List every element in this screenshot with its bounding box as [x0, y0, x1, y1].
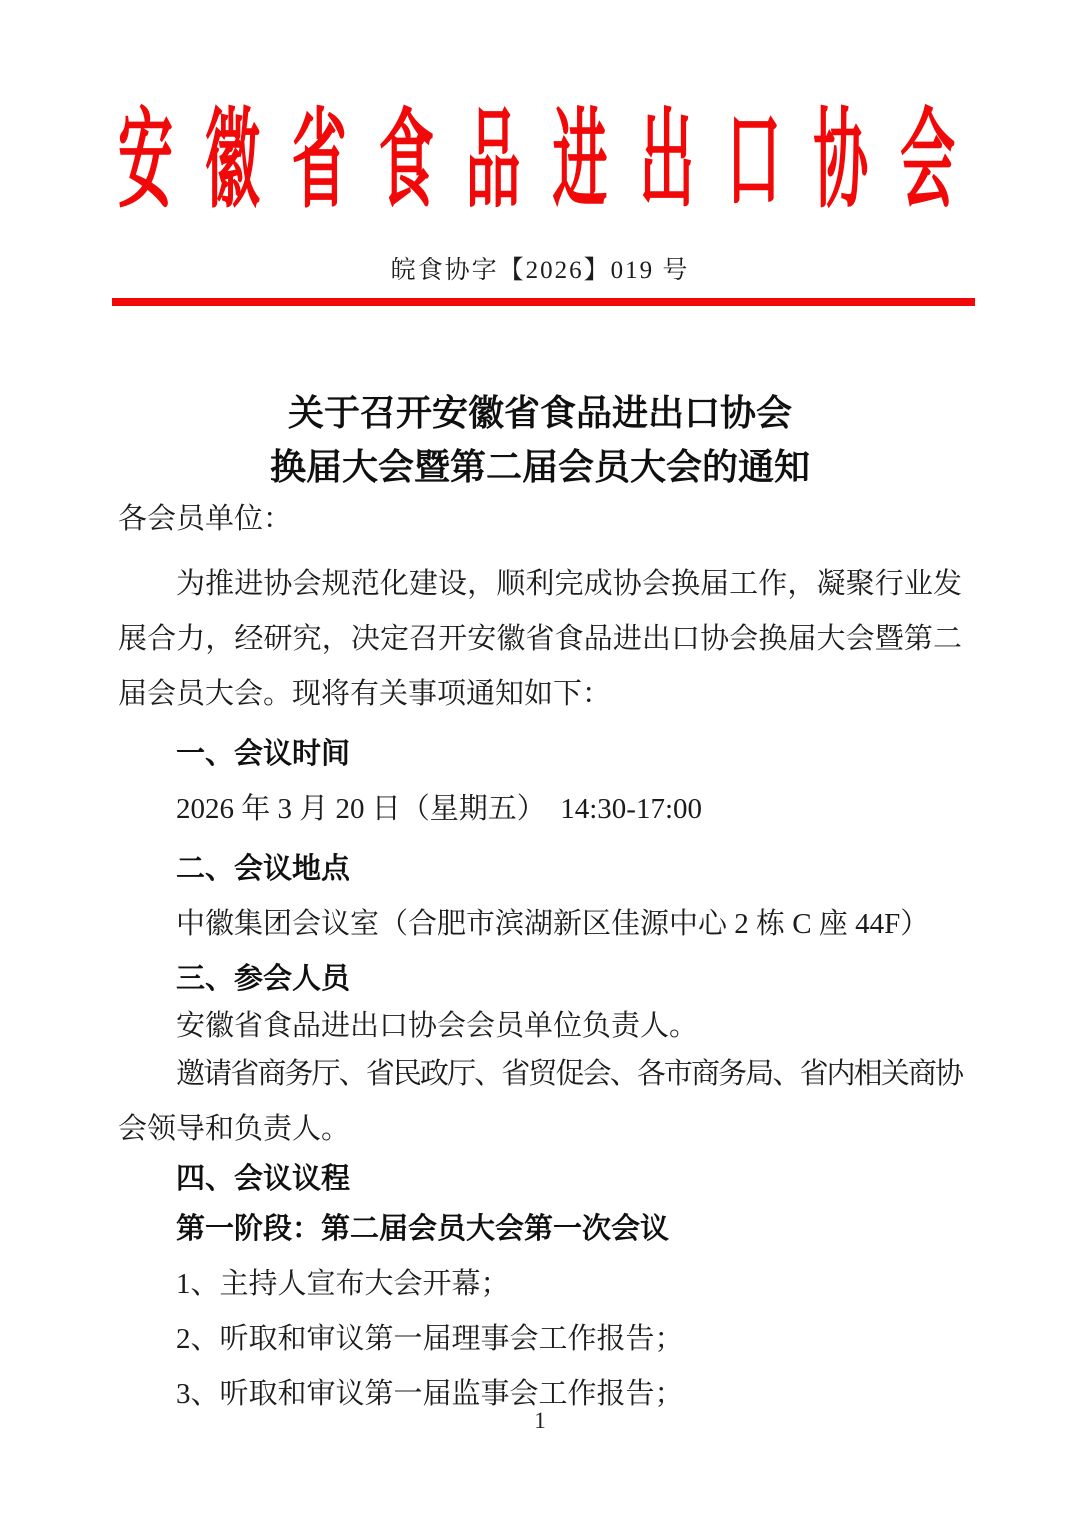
intro-line-1: 为推进协会规范化建设，顺利完成协会换届工作，凝聚行业发	[118, 557, 962, 612]
section-4-heading: 四、会议议程	[118, 1152, 962, 1207]
intro-line-3: 届会员大会。现将有关事项通知如下：	[118, 667, 962, 722]
section-1-heading: 一、会议时间	[118, 727, 962, 782]
attendees-line: 安徽省食品进出口协会会员单位负责人。	[118, 999, 962, 1054]
invitees-line-1: 邀请省商务厅、省民政厅、省贸促会、各市商务局、省内相关商协	[118, 1047, 962, 1102]
meeting-time: 2026 年 3 月 20 日（星期五） 14:30-17:00	[118, 782, 962, 837]
red-divider-line	[112, 298, 975, 306]
document-number: 皖食协字【2026】019 号	[0, 250, 1080, 286]
salutation: 各会员单位：	[118, 492, 962, 547]
document-title-line1: 关于召开安徽省食品进出口协会	[0, 386, 1080, 440]
invitees-line-2: 会领导和负责人。	[118, 1102, 962, 1157]
document-body: 各会员单位： 为推进协会规范化建设，顺利完成协会换届工作，凝聚行业发 展合力，经…	[118, 492, 962, 1422]
document-page: 安徽省食品进出口协会 皖食协字【2026】019 号 关于召开安徽省食品进出口协…	[0, 0, 1080, 1527]
meeting-venue: 中徽集团会议室（合肥市滨湖新区佳源中心 2 栋 C 座 44F）	[118, 897, 962, 952]
intro-line-2: 展合力，经研究，决定召开安徽省食品进出口协会换届大会暨第二	[118, 612, 962, 667]
agenda-item-2: 2、听取和审议第一届理事会工作报告；	[118, 1312, 962, 1367]
document-title: 关于召开安徽省食品进出口协会 换届大会暨第二届会员大会的通知	[0, 386, 1080, 494]
section-2-heading: 二、会议地点	[118, 842, 962, 897]
page-number: 1	[0, 1408, 1080, 1434]
agenda-item-1: 1、主持人宣布大会开幕；	[118, 1257, 962, 1312]
stage-1-heading: 第一阶段：第二届会员大会第一次会议	[118, 1202, 962, 1257]
association-name-title: 安徽省食品进出口协会	[118, 102, 987, 221]
document-title-line2: 换届大会暨第二届会员大会的通知	[0, 440, 1080, 494]
